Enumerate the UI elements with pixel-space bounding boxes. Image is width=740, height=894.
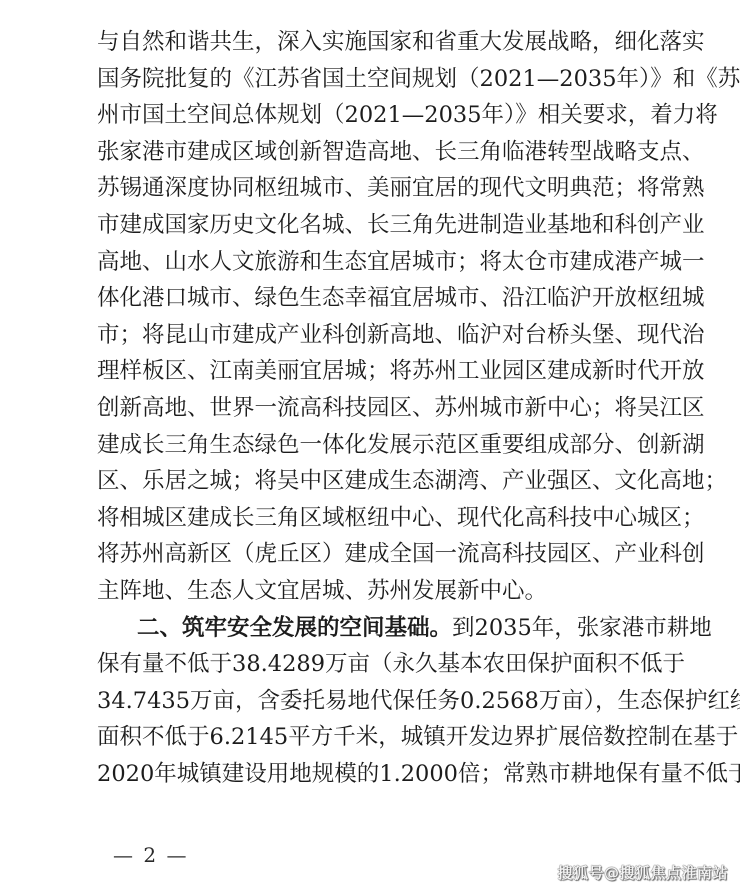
paragraph-line: 州市国土空间总体规划（2021—2035年）》相关要求，着力将 <box>97 97 645 134</box>
paragraph-line: 苏锡通深度协同枢纽城市、美丽宜居的现代文明典范；将常熟 <box>97 170 645 207</box>
paragraph-line: 区、乐居之城；将吴中区建成生态湖湾、产业强区、文化高地； <box>97 463 645 500</box>
paragraph-line: 张家港市建成区域创新智造高地、长三角临港转型战略支点、 <box>97 134 645 171</box>
paragraph-line: 将苏州高新区（虎丘区）建成全国一流高科技园区、产业科创 <box>97 536 645 573</box>
document-body: 与自然和谐共生，深入实施国家和省重大发展战略，细化落实 国务院批复的《江苏省国土… <box>97 24 645 792</box>
paragraph-line: 将相城区建成长三角区域枢纽中心、现代化高科技中心城区； <box>97 500 645 537</box>
page-number: — 2 — <box>113 840 188 870</box>
paragraph-line: 主阵地、生态人文宜居城、苏州发展新中心。 <box>97 573 645 610</box>
paragraph-line: 2020年城镇建设用地规模的1.2000倍；常熟市耕地保有量不低于 <box>97 756 645 793</box>
section-two-first-line: 二、筑牢安全发展的空间基础。到2035年，张家港市耕地 <box>97 610 645 647</box>
paragraph-line: 高地、山水人文旅游和生态宜居城市；将太仓市建成港产城一 <box>97 244 645 281</box>
paragraph-line: 理样板区、江南美丽宜居城；将苏州工业园区建成新时代开放 <box>97 353 645 390</box>
paragraph-line: 创新高地、世界一流高科技园区、苏州城市新中心；将吴江区 <box>97 390 645 427</box>
document-page: 与自然和谐共生，深入实施国家和省重大发展战略，细化落实 国务院批复的《江苏省国土… <box>0 0 740 894</box>
paragraph-line: 体化港口城市、绿色生态幸福宜居城市、沿江临沪开放枢纽城 <box>97 280 645 317</box>
paragraph-line: 建成长三角生态绿色一体化发展示范区重要组成部分、创新湖 <box>97 427 645 464</box>
paragraph-line: 国务院批复的《江苏省国土空间规划（2021—2035年）》和《苏 <box>97 61 645 98</box>
watermark: 搜狐号@搜狐焦点淮南站 <box>557 862 728 883</box>
paragraph-line: 面积不低于6.2145平方千米，城镇开发边界扩展倍数控制在基于 <box>97 719 645 756</box>
paragraph-line: 保有量不低于38.4289万亩（永久基本农田保护面积不低于 <box>97 646 645 683</box>
section-text: 到2035年，张家港市耕地 <box>452 615 712 641</box>
paragraph-line: 与自然和谐共生，深入实施国家和省重大发展战略，细化落实 <box>97 24 645 61</box>
paragraph-line: 市建成国家历史文化名城、长三角先进制造业基地和科创产业 <box>97 207 645 244</box>
section-heading: 二、筑牢安全发展的空间基础。 <box>137 615 452 641</box>
paragraph-line: 市；将昆山市建成产业科创新高地、临沪对台桥头堡、现代治 <box>97 317 645 354</box>
paragraph-line: 34.7435万亩，含委托易地代保任务0.2568万亩），生态保护红线 <box>97 683 645 720</box>
